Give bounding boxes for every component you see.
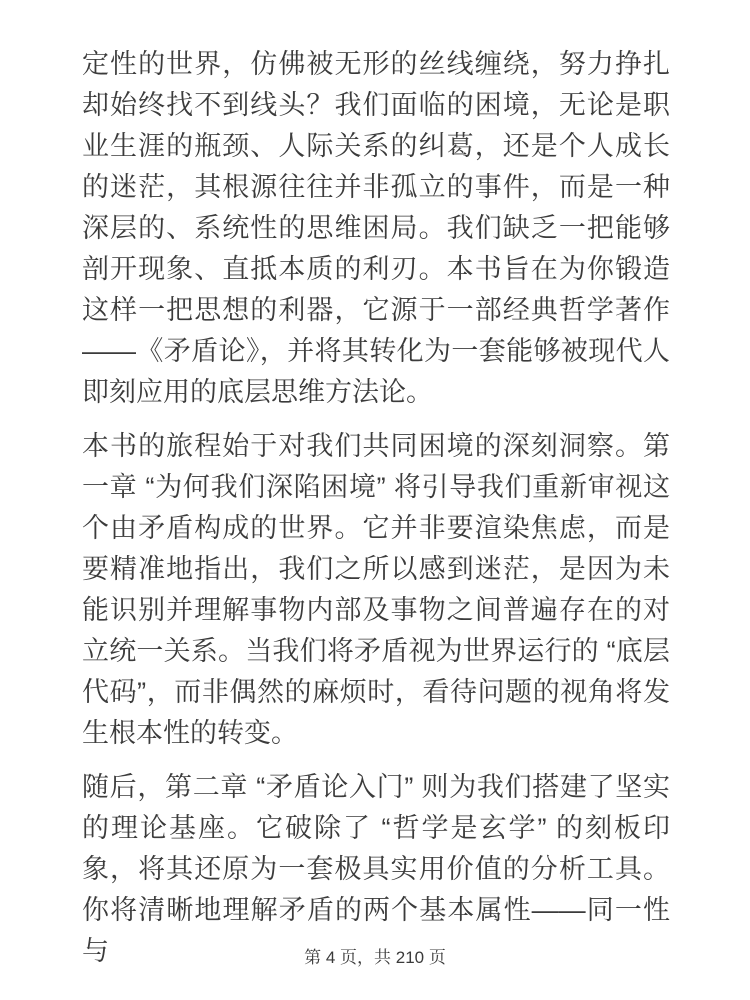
page-text-block: 定性的世界，仿佛被无形的丝线缠绕，努力挣扎却始终找不到线头？我们面临的困境，无论… (82, 44, 670, 985)
document-page: 定性的世界，仿佛被无形的丝线缠绕，努力挣扎却始终找不到线头？我们面临的困境，无论… (0, 0, 750, 1000)
paragraph: 本书的旅程始于对我们共同困境的深刻洞察。第一章 “为何我们深陷困境” 将引导我们… (82, 426, 670, 754)
paragraph: 随后，第二章 “矛盾论入门” 则为我们搭建了坚实的理论基座。它破除了 “哲学是玄… (82, 767, 670, 972)
paragraph: 定性的世界，仿佛被无形的丝线缠绕，努力挣扎却始终找不到线头？我们面临的困境，无论… (82, 44, 670, 413)
page-number-indicator: 第 4 页，共 210 页 (0, 948, 750, 968)
